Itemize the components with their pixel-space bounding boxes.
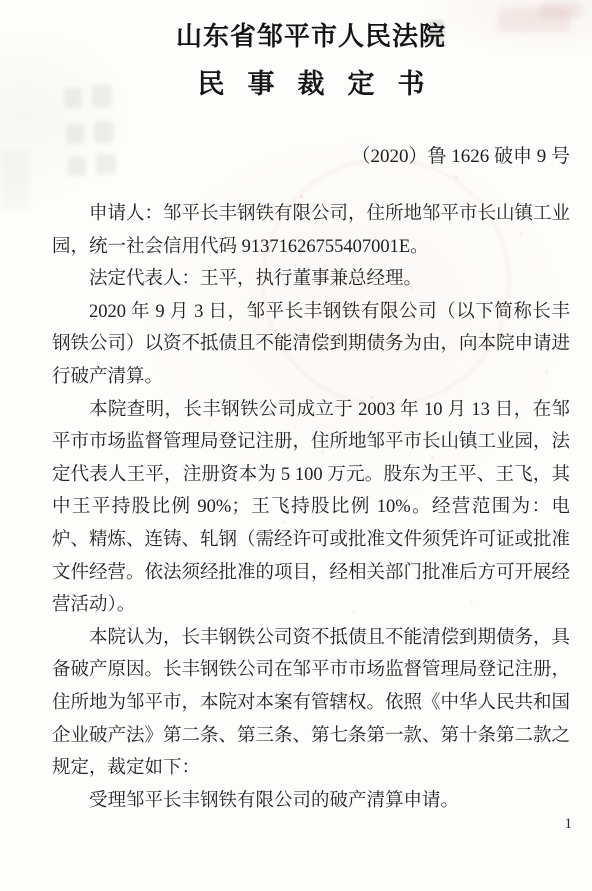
paragraph-findings: 本院查明，长丰钢铁公司成立于 2003 年 10 月 13 日，在邹平市市场监督… bbox=[52, 394, 570, 622]
paragraph-opinion: 本院认为，长丰钢铁公司资不抵债且不能清偿到期债务，具备破产原因。长丰钢铁公司在邹… bbox=[52, 622, 570, 785]
ruling-body: 申请人：邹平长丰钢铁有限公司，住所地邹平市长山镇工业园，统一社会信用代码 913… bbox=[52, 198, 570, 817]
paragraph-ruling: 受理邹平长丰钢铁有限公司的破产清算申请。 bbox=[52, 785, 570, 818]
document-title: 民事裁定书 bbox=[52, 62, 570, 101]
red-seal-speckles bbox=[0, 0, 3, 3]
bleedthrough-mark bbox=[94, 121, 114, 143]
scan-shadow bbox=[0, 150, 30, 210]
case-number: （2020）鲁 1626 破申 9 号 bbox=[52, 141, 570, 168]
court-ruling-document-page: 山东省邹平市人民法院 民事裁定书 （2020）鲁 1626 破申 9 号 申请人… bbox=[0, 0, 592, 891]
page-number: 1 bbox=[565, 816, 573, 833]
court-name: 山东省邹平市人民法院 bbox=[52, 16, 570, 53]
paragraph-application: 2020 年 9 月 3 日，邹平长丰钢铁有限公司（以下简称长丰钢铁公司）以资不… bbox=[52, 296, 570, 394]
paragraph-legal-representative: 法定代表人：王平，执行董事兼总经理。 bbox=[52, 263, 570, 296]
paragraph-applicant: 申请人：邹平长丰钢铁有限公司，住所地邹平市长山镇工业园，统一社会信用代码 913… bbox=[52, 198, 570, 263]
